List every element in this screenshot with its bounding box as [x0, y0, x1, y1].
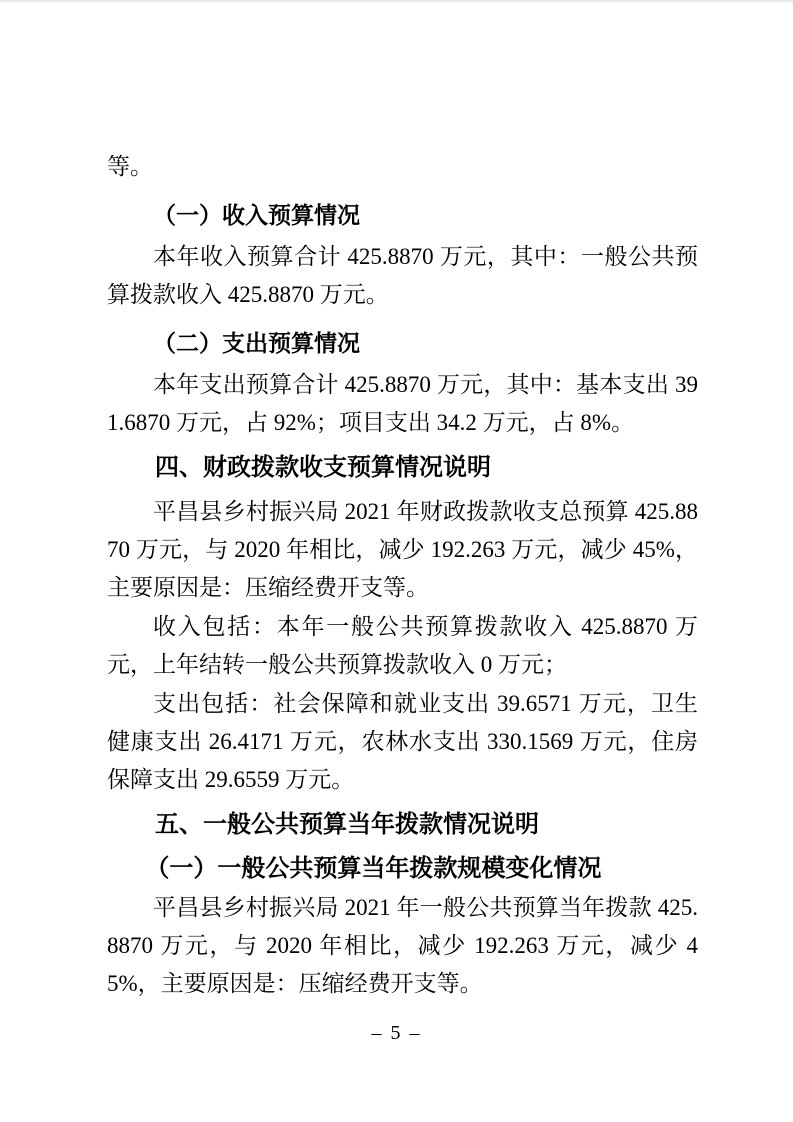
- section-heading: （一）收入预算情况: [107, 196, 698, 234]
- paragraph: 平昌县乡村振兴局 2021 年一般公共预算当年拨款 425.8870 万元，与 …: [107, 889, 698, 1003]
- paragraph: 本年收入预算合计 425.8870 万元，其中：一般公共预算拨款收入 425.8…: [107, 238, 698, 314]
- paragraph: 支出包括：社会保障和就业支出 39.6571 万元，卫生健康支出 26.4171…: [107, 685, 698, 799]
- paragraph: 平昌县乡村振兴局 2021 年财政拨款收支总预算 425.8870 万元，与 2…: [107, 493, 698, 607]
- paragraph: 本年支出预算合计 425.8870 万元，其中：基本支出 391.6870 万元…: [107, 366, 698, 442]
- section-heading: （二）支出预算情况: [107, 324, 698, 362]
- section-heading: 四、财政拨款收支预算情况说明: [107, 449, 698, 487]
- paragraph: 收入包括：本年一般公共预算拨款收入 425.8870 万元，上年结转一般公共预算…: [107, 608, 698, 684]
- section-heading: 五、一般公共预算当年拨款情况说明: [107, 806, 698, 844]
- document-content: 等。（一）收入预算情况本年收入预算合计 425.8870 万元，其中：一般公共预…: [107, 148, 698, 1003]
- paragraph: 等。: [107, 148, 698, 186]
- page-number: – 5 –: [0, 1022, 793, 1045]
- document-page: 等。（一）收入预算情况本年收入预算合计 425.8870 万元，其中：一般公共预…: [0, 0, 793, 1122]
- section-heading: （一）一般公共预算当年拨款规模变化情况: [107, 850, 698, 888]
